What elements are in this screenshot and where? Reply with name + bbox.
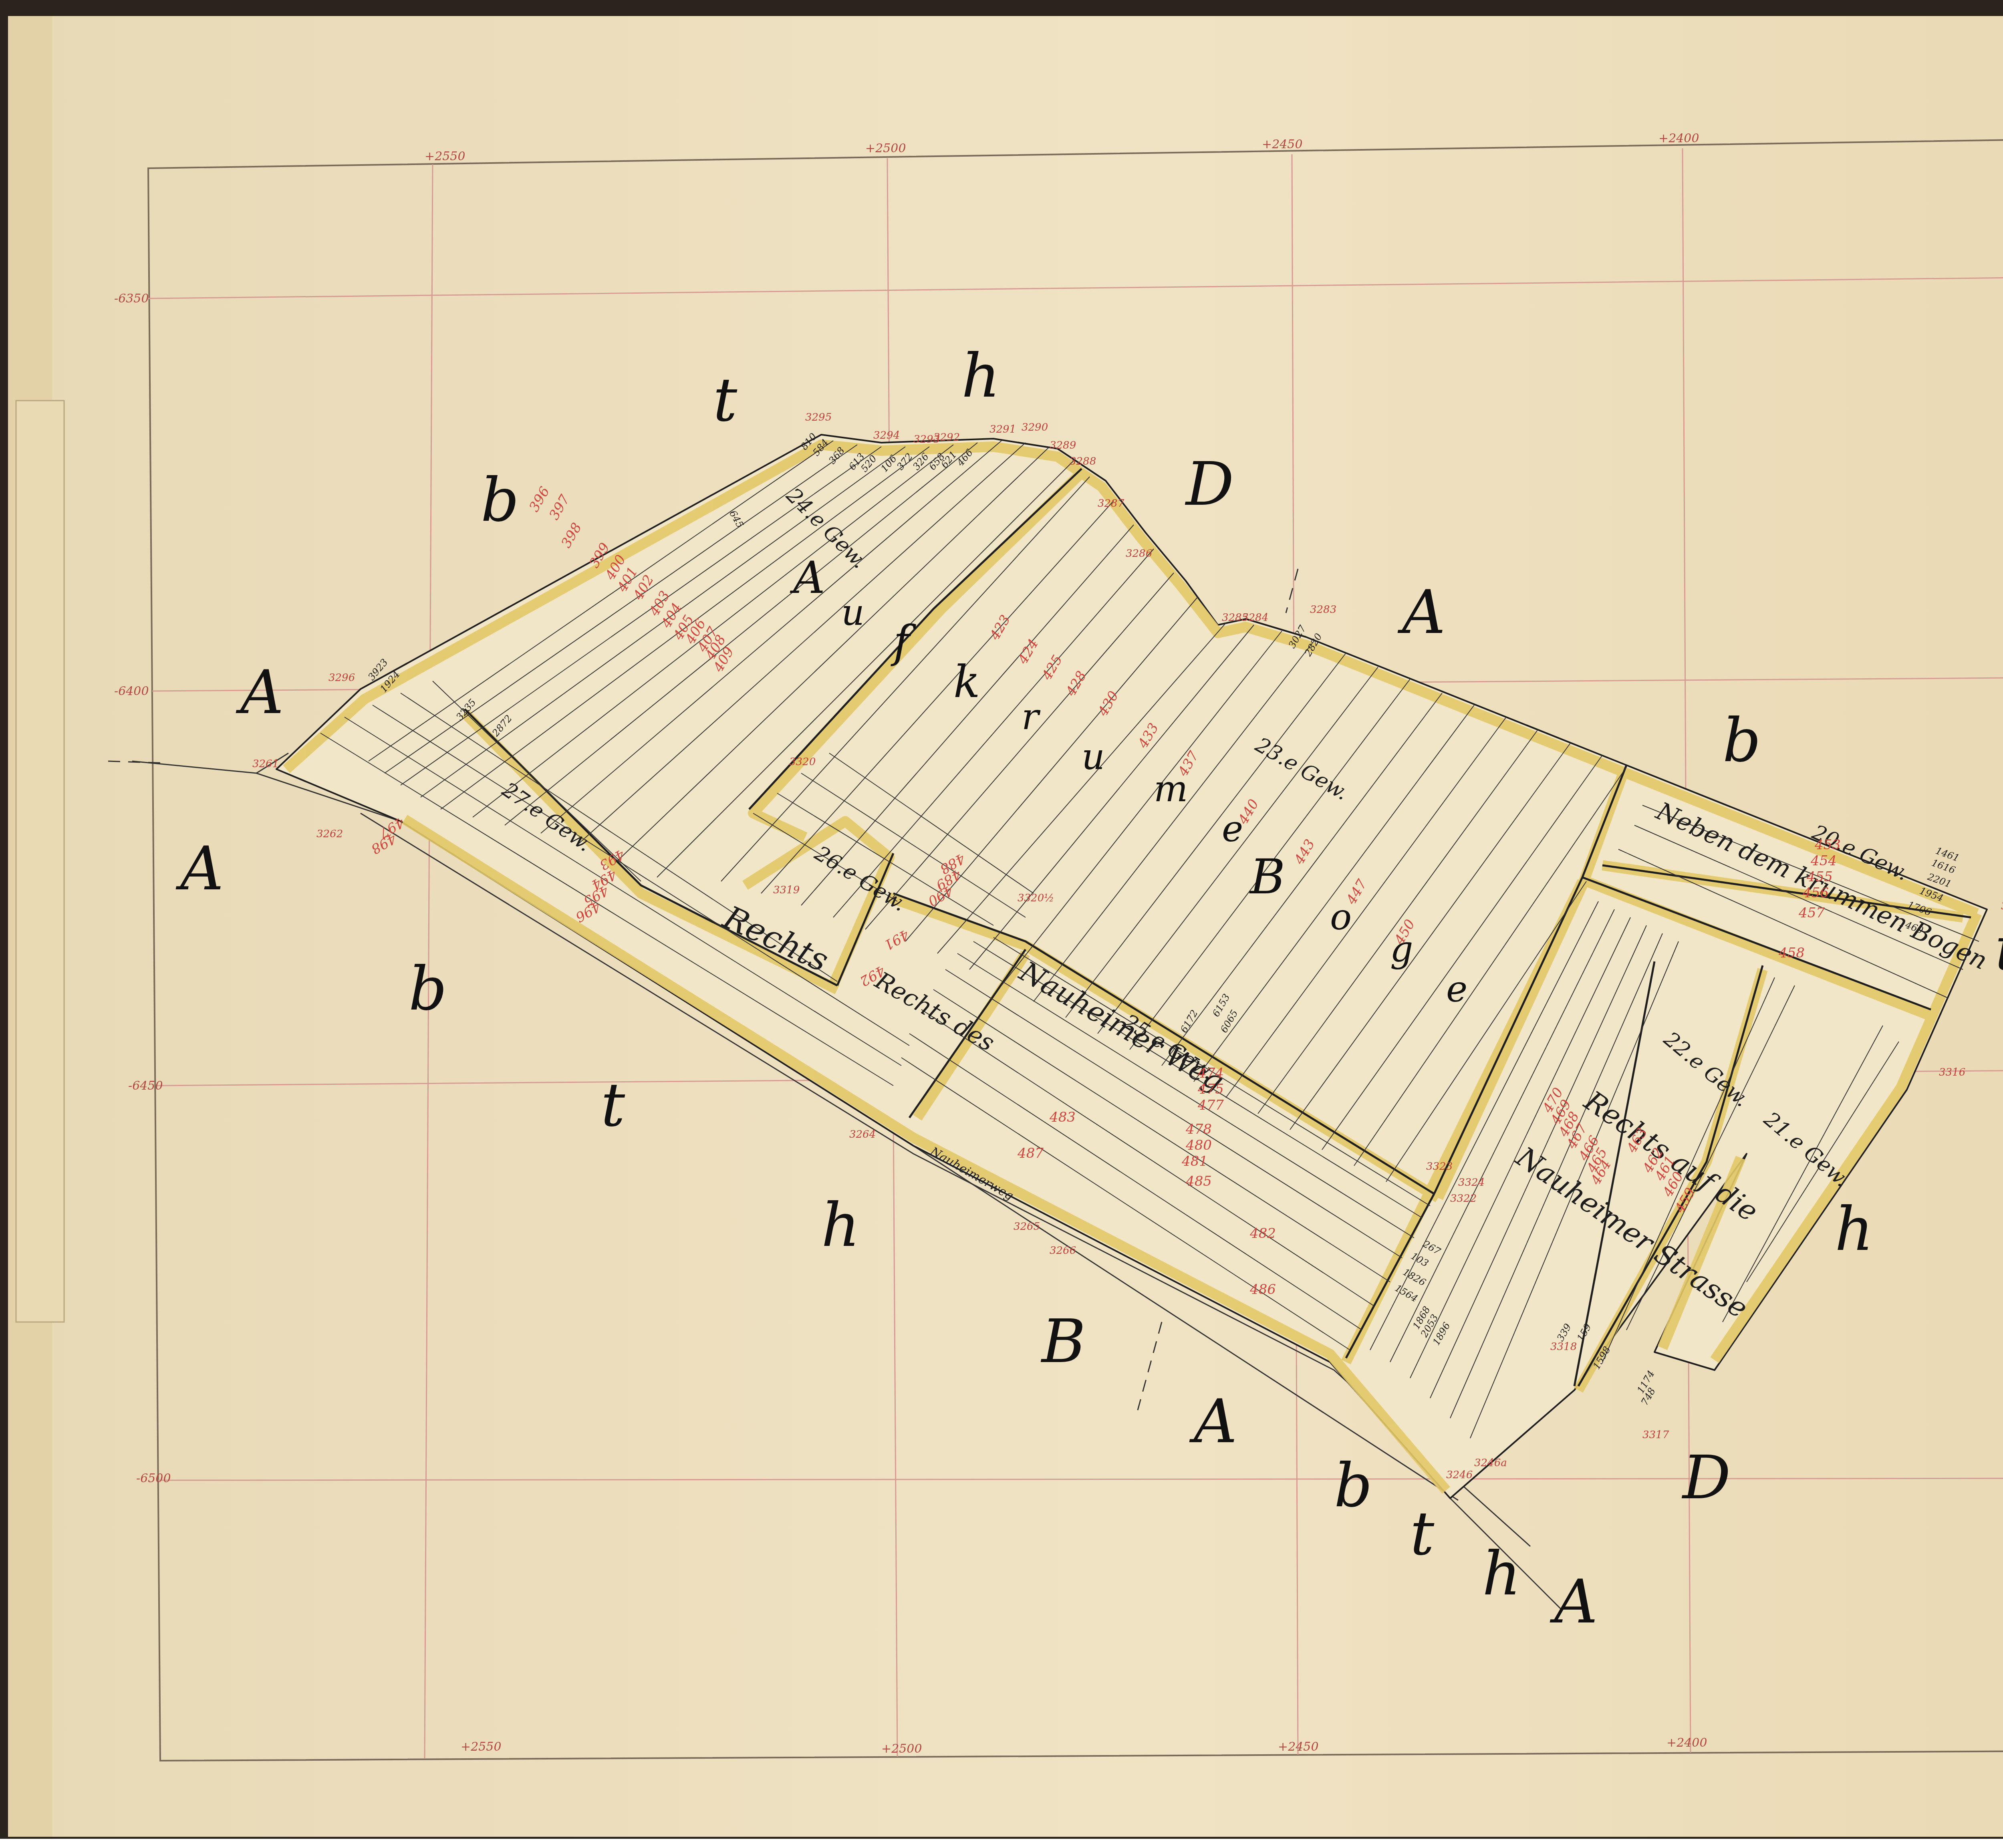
- parcel-number: 480: [1185, 1137, 1212, 1153]
- survey-point: 3283: [1310, 604, 1336, 616]
- letter-ur-d: D: [1185, 449, 1234, 519]
- letter-lr-b: b: [1334, 1451, 1372, 1521]
- survey-point: 3266: [1050, 1245, 1076, 1257]
- parcel-number: 487: [1017, 1145, 1044, 1161]
- survey-point: 3317: [1642, 1429, 1669, 1441]
- letter-lr-d: D: [1681, 1443, 1731, 1513]
- letter-lr-a: A: [1189, 1387, 1237, 1457]
- parcel-number: 478: [1185, 1121, 1212, 1137]
- letter-ll-t: t: [601, 1070, 625, 1140]
- cadastral-map: +2550 +2500 +2450 +2400 +2350 +2550 +250…: [0, 0, 2003, 1848]
- survey-point: 3285: [1222, 612, 1248, 624]
- letter-ul-t: t: [713, 365, 738, 435]
- letter-ll-h: h: [821, 1191, 860, 1260]
- survey-point: 3322: [1450, 1193, 1477, 1205]
- survey-point: 3293: [913, 433, 940, 445]
- left-strip: [16, 401, 64, 1322]
- grid-bottom-1: +2550: [461, 1740, 501, 1754]
- parcel-number: 455: [1806, 869, 1833, 885]
- survey-point: 3289: [1050, 439, 1076, 451]
- parcel-number: 456: [1802, 885, 1829, 901]
- letter-lr-h: h: [1835, 1195, 1874, 1264]
- survey-point: 3316: [1939, 1066, 1965, 1078]
- letter-lr-h2: h: [1482, 1539, 1521, 1609]
- letter-ul-h: h: [961, 341, 1000, 411]
- parcel-number: 482: [1249, 1225, 1276, 1241]
- survey-point: 3323: [1426, 1161, 1453, 1173]
- survey-point: 3320½: [1018, 892, 1054, 904]
- survey-point: 3265: [1014, 1221, 1040, 1233]
- letter-lr-t: t: [1410, 1499, 1435, 1569]
- survey-point: 3290: [1022, 421, 1048, 433]
- survey-point: 3295: [805, 411, 832, 423]
- survey-point: 3315: [2001, 900, 2003, 912]
- survey-point: 3288: [1070, 455, 1096, 468]
- survey-point: 3286: [1126, 548, 1152, 560]
- center-letter: A: [790, 552, 825, 603]
- survey-point: 3291: [989, 423, 1016, 435]
- survey-point: 3319: [773, 884, 800, 896]
- survey-point: 3262: [316, 828, 343, 840]
- grid-bottom-4: +2400: [1666, 1736, 1707, 1750]
- letter-lr-a2: A: [1550, 1567, 1598, 1637]
- parcel-number: 486: [1249, 1282, 1276, 1298]
- grid-bottom-3: +2450: [1278, 1740, 1318, 1754]
- parcel-number: 474: [1197, 1065, 1224, 1081]
- letter-ul-b: b: [481, 466, 519, 535]
- parcel-number: 483: [1049, 1109, 1076, 1125]
- survey-point: 3294: [873, 429, 900, 441]
- survey-point: 3264: [849, 1129, 876, 1141]
- parcel-number: 454: [1810, 853, 1837, 869]
- grid-top-4: +2400: [1658, 131, 1699, 145]
- survey-point: 3246a: [1474, 1457, 1507, 1469]
- parcel-number: 475: [1197, 1081, 1224, 1097]
- letter-ll-a: A: [175, 834, 224, 904]
- grid-left-1: -6350: [114, 292, 149, 306]
- letter-ur-b: b: [1723, 706, 1761, 776]
- grid-left-2: -6400: [114, 684, 149, 698]
- center-letter: u: [1082, 736, 1105, 778]
- white-bottom-strip: [0, 1839, 2003, 1848]
- center-letter: u: [841, 592, 864, 634]
- survey-point: 3320: [789, 756, 816, 768]
- letter-ul-a: A: [236, 658, 284, 728]
- center-letter: e: [1446, 968, 1467, 1010]
- survey-point: 3296: [328, 672, 355, 684]
- grid-left-3: -6450: [128, 1079, 163, 1093]
- center-letter: k: [953, 656, 980, 707]
- center-letter: B: [1249, 849, 1285, 905]
- center-letter: r: [1022, 696, 1041, 738]
- survey-point: 3246: [1446, 1469, 1473, 1481]
- parcel-number: 481: [1181, 1153, 1208, 1169]
- parcel-number: 458: [1778, 945, 1805, 961]
- letter-ur-a: A: [1397, 578, 1445, 647]
- grid-top-2: +2500: [865, 141, 906, 155]
- parcel-number: 453: [1814, 837, 1841, 853]
- grid-top-1: +2550: [425, 149, 465, 163]
- letter-ll-b: b: [409, 954, 447, 1024]
- grid-left-4: -6500: [136, 1471, 171, 1485]
- letter-lr-B: B: [1040, 1307, 1086, 1376]
- parcel-number: 477: [1197, 1097, 1224, 1113]
- grid-bottom-2: +2500: [881, 1742, 922, 1756]
- letter-ur-t: t: [1995, 914, 2003, 984]
- grid-top-3: +2450: [1262, 137, 1302, 151]
- survey-point: 3261: [252, 758, 279, 770]
- parcel-number: 485: [1185, 1173, 1212, 1189]
- parcel-number: 457: [1798, 905, 1825, 921]
- survey-point: 3324: [1458, 1177, 1485, 1189]
- survey-point: 3287: [1098, 498, 1124, 510]
